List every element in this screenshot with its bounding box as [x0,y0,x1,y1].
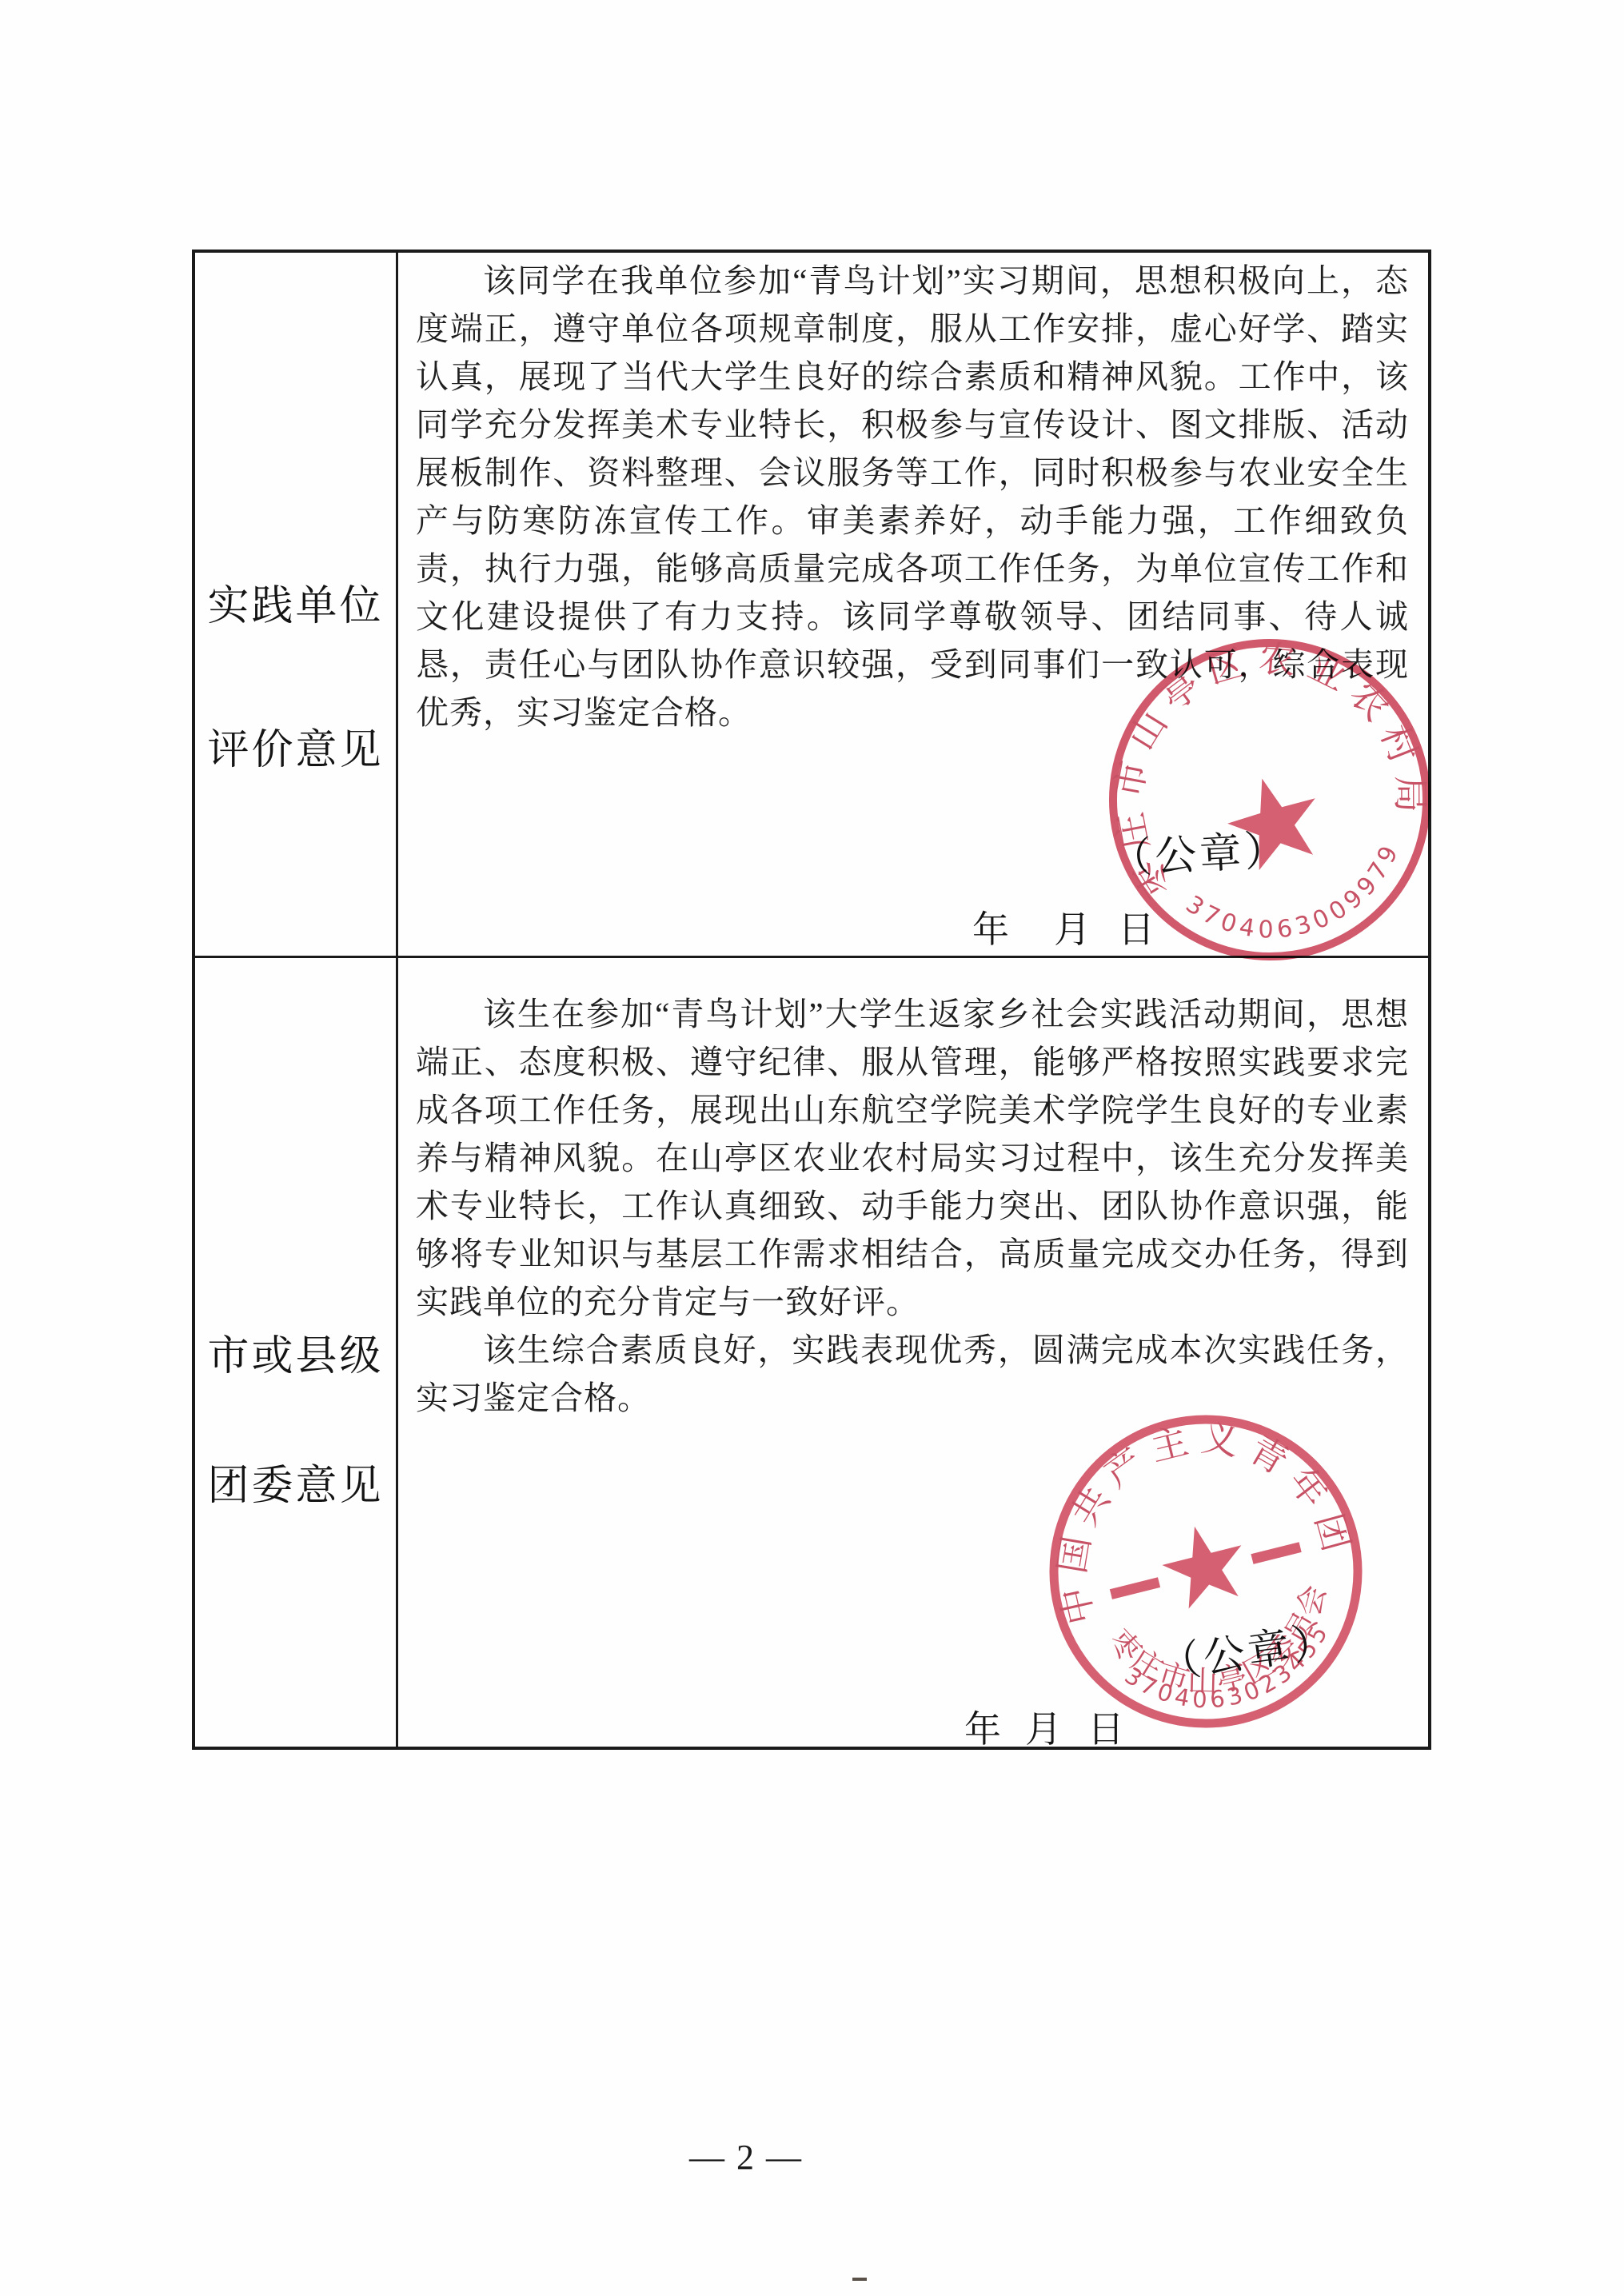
label-league-committee-line2: 团委意见 [195,1451,396,1511]
scanned-evaluation-page: 实践单位 评价意见 该同学在我单位参加“青鸟计划”实习期间，思想积极向上，态度端… [0,0,1624,2296]
star-icon [1155,1516,1253,1612]
scan-artifact-dash [852,2278,867,2281]
star-right-bar [1252,1547,1300,1559]
label-cell-league-committee: 市或县级 团委意见 [195,958,398,1747]
league-committee-opinion-text-1: 该生在参加“青鸟计划”大学生返家乡社会实践活动期间，思想端正、态度积极、遵守纪律… [416,990,1409,1326]
date-year-label: 年 [972,909,1009,950]
page-number: — 2 — [666,2137,826,2178]
label-practice-unit-line2: 评价意见 [195,716,396,776]
label-cell-practice-unit: 实践单位 评价意见 [195,253,398,958]
date-month-label: 月 [1054,909,1091,950]
date-year-label: 年 [964,1709,1001,1750]
star-icon [1219,766,1331,875]
label-practice-unit-line1: 实践单位 [195,572,396,632]
official-seal-agriculture-bureau: 枣庄市山亭区农业农村局 3704063009979 [1094,624,1446,976]
label-league-committee-line1: 市或县级 [195,1322,396,1382]
star-left-bar [1111,1583,1159,1595]
official-seal-youth-league: 中国共产主义青年团 枣庄市山亭区委员会 3704063023455 [1030,1396,1382,1747]
